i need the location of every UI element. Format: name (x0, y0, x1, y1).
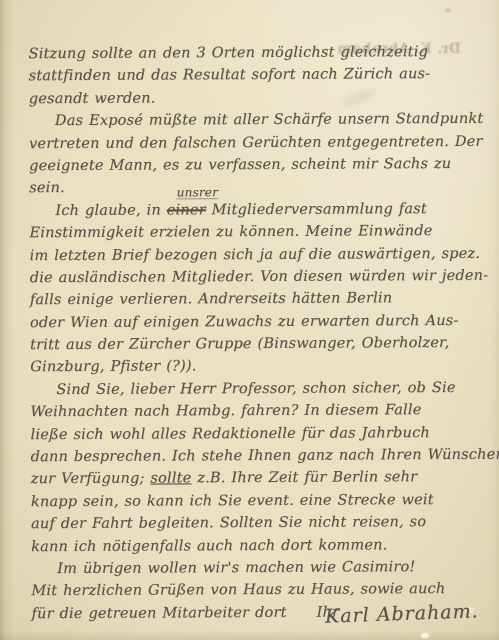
letter-line-paragraph-start: Das Exposé müßte mit aller Schärfe unser… (29, 108, 482, 133)
letter-line: im letzten Brief bezogen sich ja auf die… (30, 242, 483, 267)
letter-line: die ausländischen Mitglieder. Von diesen… (30, 265, 483, 290)
letter-page: Dr. K. Abraham Sitzung sollte an den 3 O… (0, 0, 499, 640)
underlined-word: sollte (150, 471, 191, 487)
letter-line: oder Wien auf einigen Zuwachs zu erwarte… (30, 310, 483, 335)
letter-line: tritt aus der Zürcher Gruppe (Binswanger… (30, 332, 483, 357)
paper-speck-bottom (421, 633, 429, 638)
letter-line: Mit herzlichen Grüßen von Haus zu Haus, … (31, 578, 484, 603)
letter-line-paragraph-start: Im übrigen wollen wir's machen wie Casim… (31, 556, 484, 581)
letter-line: knapp sein, so kann ich Sie event. eine … (31, 489, 484, 514)
letter-line: kann ich nötigenfalls auch nach dort kom… (31, 533, 484, 558)
closing-text: für die getreuen Mitarbeiter dort (31, 605, 286, 622)
correction-before-text: Ich glaube, in (55, 202, 166, 219)
letter-line: geeignete Mann, es zu verfassen, scheint… (29, 153, 482, 178)
correction-group: einerunsrer (167, 199, 206, 222)
letter-line: ließe sich wohl alles Redaktionelle für … (30, 421, 483, 446)
letter-line: gesandt werden. (29, 86, 482, 111)
struck-word: einer (167, 202, 206, 218)
letter-line: auf der Fahrt begleiten. Sollten Sie nic… (31, 511, 484, 536)
letter-body: Sitzung sollte an den 3 Orten möglichst … (28, 41, 484, 626)
letter-line: falls einige verlieren. Andrerseits hätt… (30, 287, 483, 312)
letter-line: dann besprechen. Ich stehe Ihnen ganz na… (31, 444, 484, 469)
letter-line-with-correction: Ich glaube, in einerunsrer Mitgliederver… (29, 198, 482, 223)
letter-line: vertreten und den falschen Gerüchten ent… (29, 130, 482, 155)
letter-line: Weihnachten nach Hambg. fahren? In diese… (30, 399, 483, 424)
underline-before-text: zur Verfügung; (31, 471, 151, 488)
letter-line: stattfinden und das Resultat sofort nach… (29, 63, 482, 88)
letter-line: Sitzung sollte an den 3 Orten möglichst … (28, 41, 481, 66)
signature: Karl Abraham. (325, 600, 479, 627)
letter-line: Ginzburg, Pfister (?)). (30, 354, 483, 379)
inserted-word-above-line: unsrer (177, 186, 218, 199)
letter-line: Einstimmigkeit erzielen zu können. Meine… (29, 220, 482, 245)
letter-line: sein. (29, 175, 482, 200)
letter-line-with-underline: zur Verfügung; sollte z.B. Ihre Zeit für… (31, 466, 484, 491)
underline-after-text: z.B. Ihre Zeit für Berlin sehr (191, 470, 417, 487)
correction-after-text: Mitgliederversammlung fast (206, 201, 427, 218)
letter-line-paragraph-start: Sind Sie, lieber Herr Professor, schon s… (30, 377, 483, 402)
paper-speck-top (445, 8, 451, 13)
